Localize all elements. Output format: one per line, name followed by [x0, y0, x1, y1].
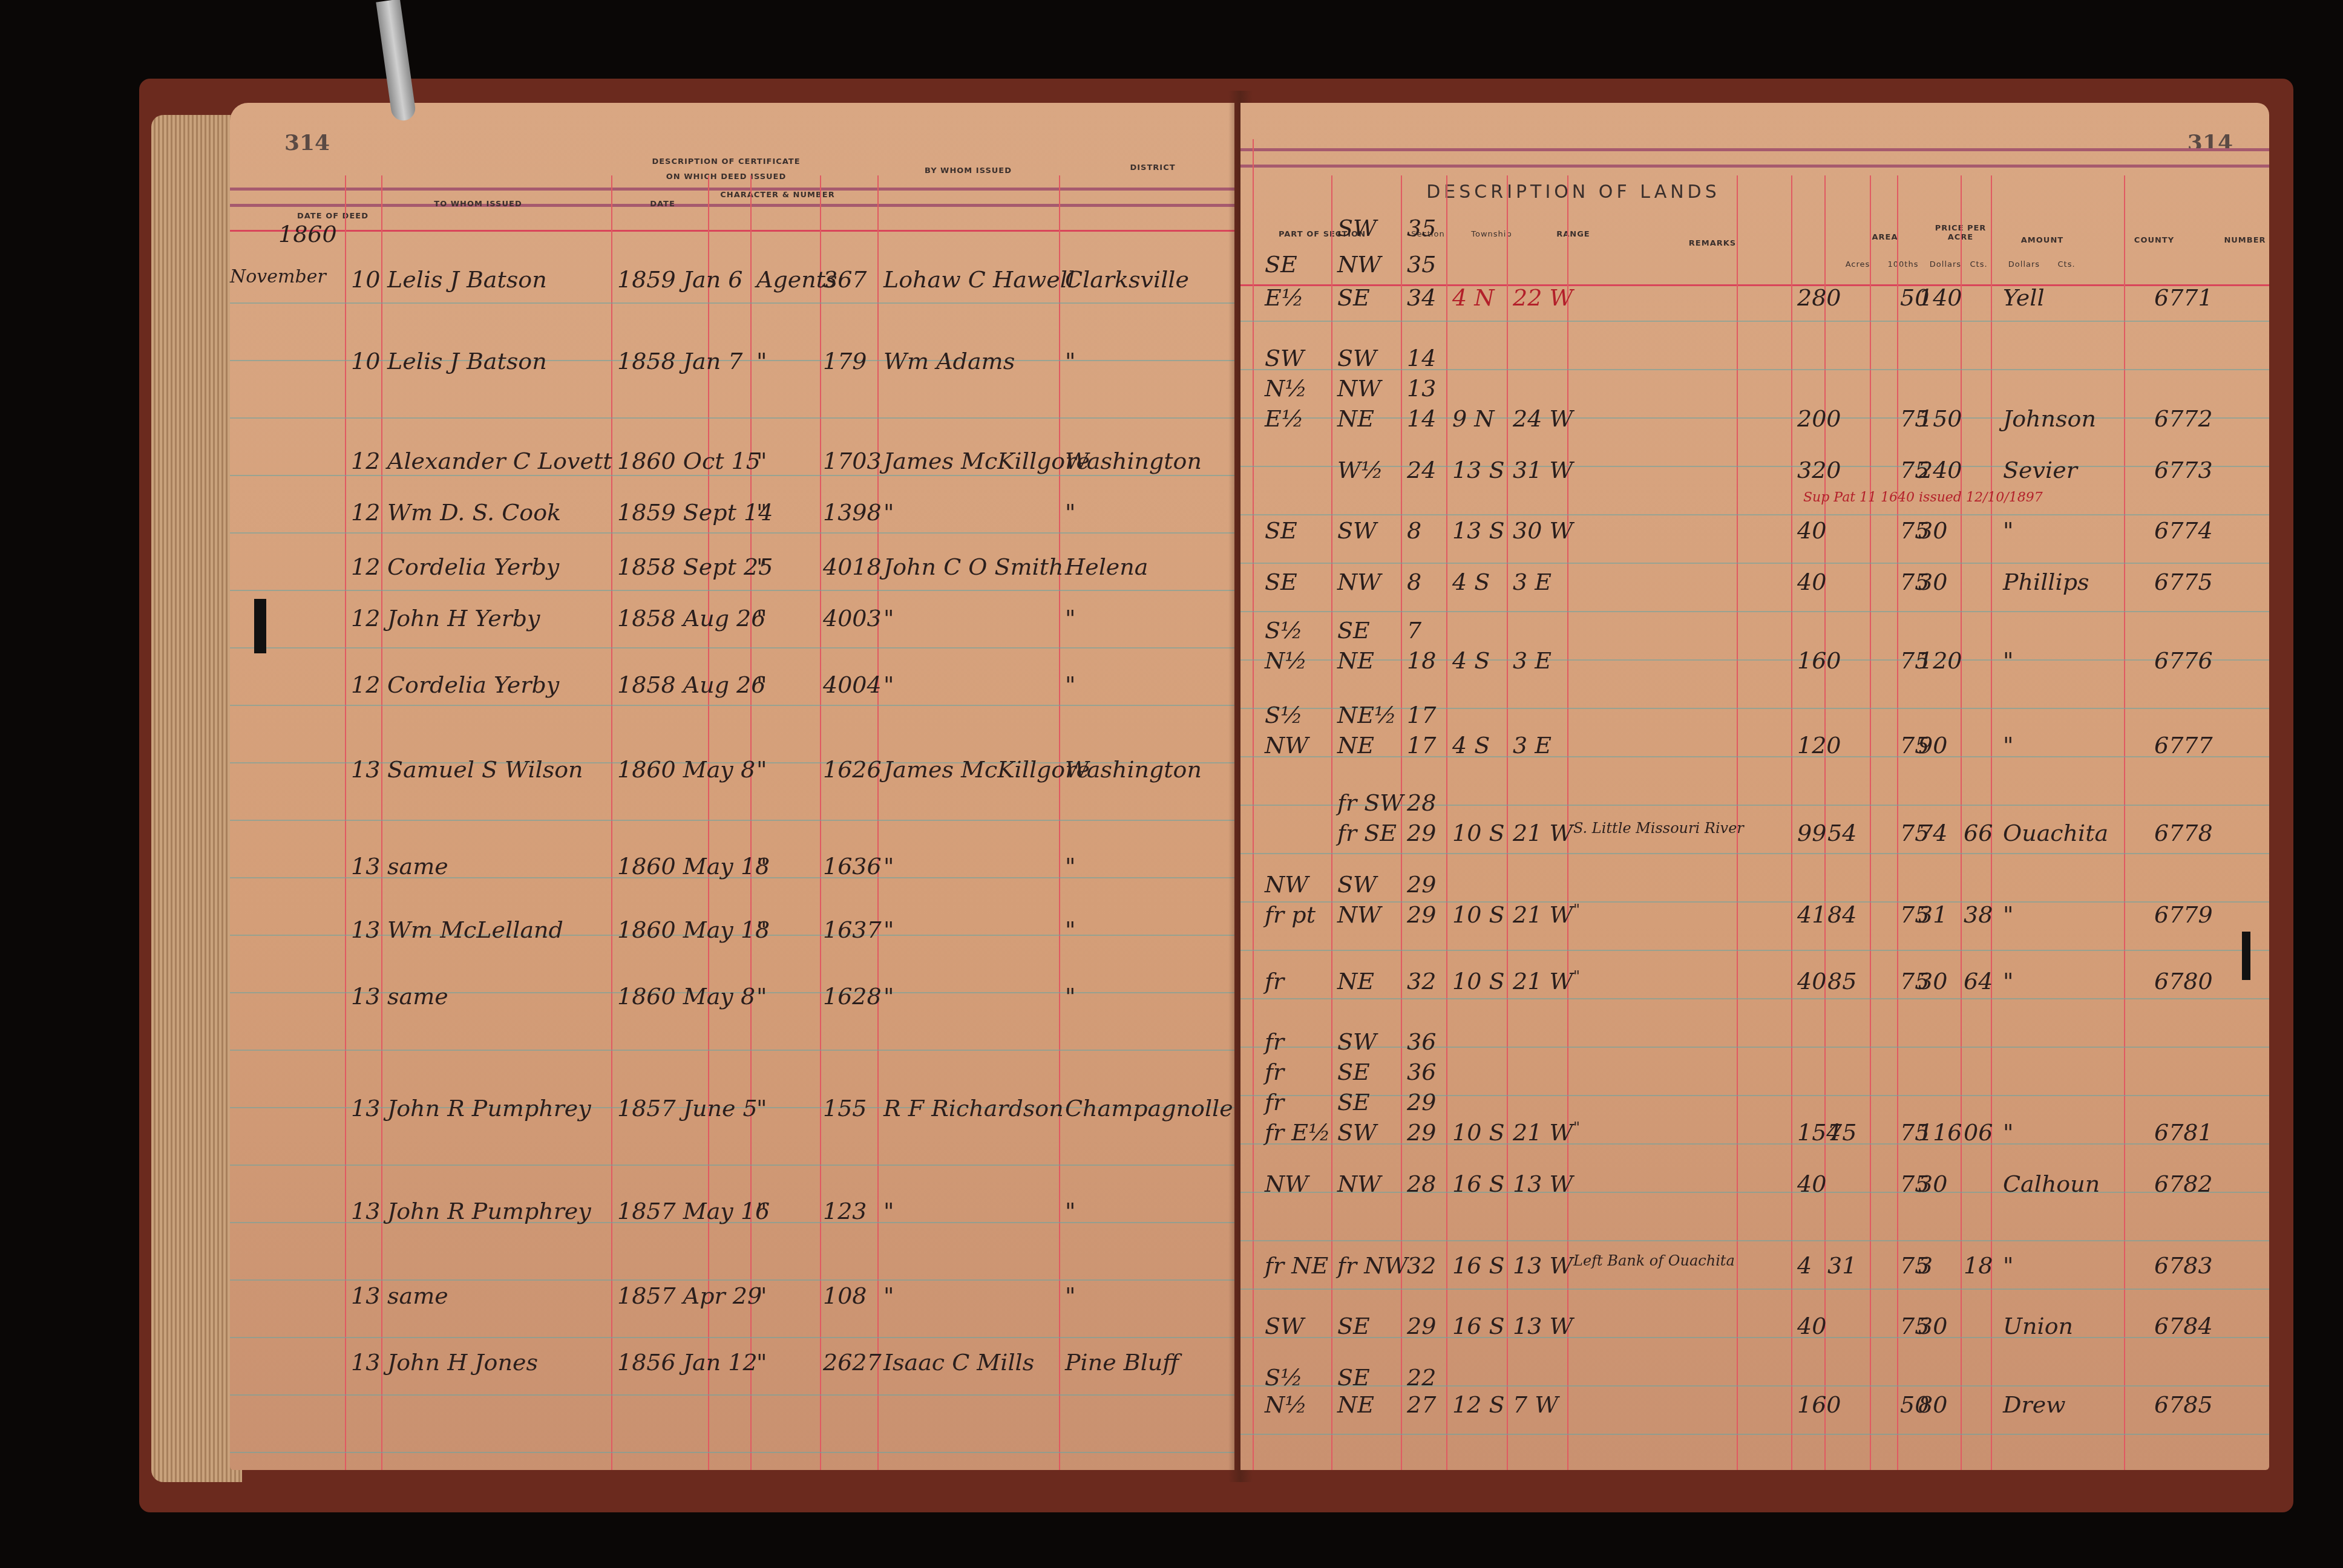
- ruled-line: [230, 647, 1234, 648]
- to-whom-issued: John R Pumphrey: [387, 1198, 591, 1224]
- section: 32: [1407, 968, 1436, 995]
- section: 14: [1407, 345, 1436, 371]
- amount-dollars: 30: [1918, 1313, 1947, 1339]
- district: ": [1065, 916, 1075, 943]
- hdr-description-of-certificate: DESCRIPTION OF CERTIFICATE: [611, 157, 841, 166]
- certificate-number: 4018: [823, 554, 882, 580]
- township: 16 S: [1452, 1171, 1504, 1197]
- subdivision: NE: [1337, 732, 1374, 759]
- issued-by: ": [883, 671, 894, 698]
- issued-by: ": [883, 853, 894, 880]
- ruled-line: [1240, 950, 2269, 951]
- ruled-line: [230, 1165, 1234, 1166]
- range: 13 W: [1513, 1313, 1573, 1339]
- to-whom-issued: John R Pumphrey: [387, 1095, 591, 1122]
- amount-dollars: 140: [1918, 284, 1962, 311]
- county: ": [2003, 901, 2013, 928]
- entry-number: 6773: [2154, 457, 2213, 483]
- section: 36: [1407, 1028, 1436, 1055]
- certificate-number: 1637: [823, 916, 882, 943]
- ruled-line: [230, 1279, 1234, 1281]
- hdr-amount: AMOUNT: [1997, 236, 2088, 245]
- header-rule: [1240, 284, 2269, 286]
- to-whom-issued: same: [387, 983, 448, 1010]
- part-of-section: SE: [1265, 517, 1297, 544]
- township: 10 S: [1452, 968, 1504, 995]
- certificate-number: 4003: [823, 605, 882, 632]
- ruled-line: [1240, 659, 2269, 661]
- certificate-number: 367: [823, 266, 867, 293]
- to-whom-issued: Alexander C Lovett: [387, 448, 612, 474]
- part-of-section: SW: [1265, 345, 1304, 371]
- to-whom-issued: Cordelia Yerby: [387, 671, 559, 698]
- issued-by: ": [883, 499, 894, 526]
- hdr-to-whom-issued: TO WHOM ISSUED: [387, 200, 569, 209]
- ruled-line: [230, 590, 1234, 591]
- area-hundredths: 54: [1827, 820, 1856, 846]
- right-page: 314 DESCRIPTION OF LANDS PART OF SECTION…: [1240, 103, 2269, 1470]
- township: 13 S: [1452, 517, 1504, 544]
- county: ": [2003, 1252, 2013, 1279]
- hdr-price-dollars: Dollars: [1927, 260, 1964, 269]
- amount-dollars: 30: [1918, 968, 1947, 995]
- district: Champagnolle: [1065, 1095, 1233, 1122]
- district: ": [1065, 348, 1075, 374]
- remarks: Left Bank of Ouachita: [1573, 1252, 1735, 1269]
- certificate-date: 1858 Aug 26: [617, 605, 765, 632]
- to-whom-issued: same: [387, 853, 448, 880]
- subdivision: SW: [1337, 1028, 1377, 1055]
- amount-dollars: 3: [1918, 1252, 1933, 1279]
- part-of-section: fr: [1265, 1028, 1284, 1055]
- part-of-section: fr NE: [1265, 1252, 1328, 1279]
- section: 34: [1407, 284, 1436, 311]
- certificate-character: ": [756, 1349, 767, 1376]
- certificate-date: 1856 Jan 12: [617, 1349, 758, 1376]
- certificate-number: 1626: [823, 756, 882, 783]
- ruled-line: [1240, 901, 2269, 903]
- ruled-line: [1240, 514, 2269, 515]
- certificate-number: 155: [823, 1095, 867, 1122]
- district: ": [1065, 671, 1075, 698]
- range: 7 W: [1513, 1391, 1558, 1418]
- ruled-line: [1240, 756, 2269, 757]
- township: 10 S: [1452, 901, 1504, 928]
- issued-by: ": [883, 1198, 894, 1224]
- district: ": [1065, 1198, 1075, 1224]
- header-band: [1240, 148, 2269, 168]
- range: 24 W: [1513, 405, 1573, 432]
- area-acres: 40: [1797, 1171, 1826, 1197]
- entry-number: 6781: [2154, 1119, 2213, 1146]
- certificate-character: ": [756, 916, 767, 943]
- subdivision: SW: [1337, 215, 1377, 241]
- part-of-section: N½: [1265, 647, 1307, 674]
- part-of-section: NW: [1265, 732, 1308, 759]
- section: 28: [1407, 789, 1436, 816]
- part-of-section: N½: [1265, 375, 1307, 402]
- issued-by: Isaac C Mills: [883, 1349, 1034, 1376]
- column-divider: [1059, 175, 1060, 1470]
- entry-number: 6782: [2154, 1171, 2213, 1197]
- part-of-section: NW: [1265, 871, 1308, 898]
- certificate-date: 1859 Sept 14: [617, 499, 773, 526]
- area-hundredths: 85: [1827, 968, 1856, 995]
- county: ": [2003, 1119, 2013, 1146]
- deed-day: 13: [351, 853, 380, 880]
- district: ": [1065, 499, 1075, 526]
- entry-number: 6771: [2154, 284, 2213, 311]
- county: Drew: [2003, 1391, 2066, 1418]
- subdivision: NW: [1337, 375, 1381, 402]
- entry-number: 6776: [2154, 647, 2213, 674]
- section: 29: [1407, 1119, 1436, 1146]
- area-acres: 40: [1797, 968, 1826, 995]
- district: ": [1065, 1282, 1075, 1309]
- subdivision: SW: [1337, 517, 1377, 544]
- district: ": [1065, 853, 1075, 880]
- amount-dollars: 116: [1918, 1119, 1962, 1146]
- column-divider: [877, 175, 879, 1470]
- ruled-line: [1240, 853, 2269, 854]
- area-acres: 160: [1797, 647, 1841, 674]
- ruled-line: [230, 475, 1234, 476]
- county: ": [2003, 968, 2013, 995]
- subdivision: SE: [1337, 1313, 1370, 1339]
- district: ": [1065, 983, 1075, 1010]
- certificate-character: ": [756, 853, 767, 880]
- ruled-line: [230, 1050, 1234, 1051]
- deed-day: 10: [351, 266, 380, 293]
- county: Calhoun: [2003, 1171, 2100, 1197]
- area-acres: 160: [1797, 1391, 1841, 1418]
- amount-dollars: 30: [1918, 1171, 1947, 1197]
- area-acres: 200: [1797, 405, 1841, 432]
- column-divider: [820, 175, 821, 1470]
- issued-by: ": [883, 983, 894, 1010]
- section: 13: [1407, 375, 1436, 402]
- amount-dollars: 74: [1918, 820, 1947, 846]
- section: 29: [1407, 901, 1436, 928]
- section: 17: [1407, 702, 1436, 728]
- deed-day: 12: [351, 605, 380, 632]
- hdr-character-number: CHARACTER & NUMBER: [714, 191, 841, 200]
- hdr-range: RANGE: [1531, 230, 1616, 239]
- hdr-amount-cts: Cts.: [2048, 260, 2085, 269]
- amount-dollars: 150: [1918, 405, 1962, 432]
- amount-cents: 06: [1964, 1119, 1993, 1146]
- section: 7: [1407, 617, 1421, 644]
- subdivision: NE½: [1337, 702, 1397, 728]
- subdivision: NW: [1337, 901, 1381, 928]
- issued-by: James McKillgore: [883, 756, 1090, 783]
- hdr-by-whom-issued: BY WHOM ISSUED: [877, 166, 1059, 175]
- certificate-date: 1857 May 16: [617, 1198, 770, 1224]
- certificate-date: 1860 May 8: [617, 983, 755, 1010]
- certificate-number: 123: [823, 1198, 867, 1224]
- deed-day: 12: [351, 554, 380, 580]
- ruled-line: [1240, 1143, 2269, 1145]
- amount-dollars: 31: [1918, 901, 1947, 928]
- county: Johnson: [2003, 405, 2096, 432]
- entry-number: 6777: [2154, 732, 2213, 759]
- to-whom-issued: same: [387, 1282, 448, 1309]
- county: Yell: [2003, 284, 2045, 311]
- part-of-section: fr: [1265, 968, 1284, 995]
- part-of-section: SE: [1265, 251, 1297, 278]
- certificate-date: 1859 Jan 6: [617, 266, 742, 293]
- hdr-hundredths: 100ths: [1882, 260, 1924, 269]
- issued-by: ": [883, 916, 894, 943]
- certificate-character: ": [756, 499, 767, 526]
- entry-number: 6785: [2154, 1391, 2213, 1418]
- area-acres: 320: [1797, 457, 1841, 483]
- section: 8: [1407, 569, 1421, 595]
- entry-number: 6774: [2154, 517, 2213, 544]
- district: ": [1065, 605, 1075, 632]
- certificate-number: 1398: [823, 499, 882, 526]
- county: Phillips: [2003, 569, 2089, 595]
- to-whom-issued: Lelis J Batson: [387, 266, 547, 293]
- to-whom-issued: John H Jones: [387, 1349, 538, 1376]
- deed-day: 13: [351, 1282, 380, 1309]
- area-acres: 41: [1797, 901, 1826, 928]
- township: 16 S: [1452, 1252, 1504, 1279]
- index-tab: [254, 599, 266, 653]
- range: 31 W: [1513, 457, 1573, 483]
- deed-day: 13: [351, 1198, 380, 1224]
- ruled-line: [1240, 417, 2269, 419]
- certificate-number: 1703: [823, 448, 882, 474]
- issued-by: R F Richardson: [883, 1095, 1064, 1122]
- hdr-description-of-lands: DESCRIPTION OF LANDS: [1362, 181, 1785, 203]
- part-of-section: N½: [1265, 1391, 1307, 1418]
- ruled-line: [1240, 1240, 2269, 1241]
- part-of-section: S½: [1265, 1364, 1303, 1391]
- ruled-line: [230, 705, 1234, 706]
- part-of-section: fr: [1265, 1059, 1284, 1085]
- amount-dollars: 120: [1918, 647, 1962, 674]
- township: 9 N: [1452, 405, 1495, 432]
- ruled-line: [1240, 998, 2269, 999]
- township: 13 S: [1452, 457, 1504, 483]
- issued-by: James McKillgore: [883, 448, 1090, 474]
- part-of-section: fr E½: [1265, 1119, 1331, 1146]
- certificate-character: ": [756, 756, 767, 783]
- header-rule: [230, 230, 1234, 232]
- issued-by: John C O Smith: [883, 554, 1064, 580]
- entry-number: 6778: [2154, 820, 2213, 846]
- deed-day: 12: [351, 671, 380, 698]
- subdivision: SE: [1337, 1089, 1370, 1116]
- ruled-line: [1240, 1047, 2269, 1048]
- certificate-date: 1858 Aug 26: [617, 671, 765, 698]
- township: 4 S: [1452, 732, 1490, 759]
- certificate-number: 179: [823, 348, 867, 374]
- certificate-character: ": [756, 448, 767, 474]
- hdr-township: Township: [1458, 230, 1525, 239]
- amount-dollars: 90: [1918, 732, 1947, 759]
- ruled-line: [1240, 466, 2269, 467]
- amount-dollars: 80: [1918, 1391, 1947, 1418]
- hdr-district: DISTRICT: [1077, 163, 1228, 172]
- township: 4 S: [1452, 647, 1490, 674]
- part-of-section: E½: [1265, 405, 1304, 432]
- section: 14: [1407, 405, 1436, 432]
- subdivision: SE: [1337, 617, 1370, 644]
- ruled-line: [1240, 1385, 2269, 1387]
- subdivision: fr NW: [1337, 1252, 1408, 1279]
- ruled-line: [1240, 563, 2269, 564]
- subdivision: NW: [1337, 569, 1381, 595]
- deed-day: 13: [351, 1349, 380, 1376]
- certificate-date: 1858 Jan 7: [617, 348, 742, 374]
- hdr-date-of-deed: DATE OF DEED: [284, 212, 381, 221]
- certificate-number: 4004: [823, 671, 882, 698]
- range: 13 W: [1513, 1252, 1573, 1279]
- column-divider: [381, 175, 382, 1470]
- remarks: S. Little Missouri River: [1573, 820, 1744, 837]
- certificate-number: 108: [823, 1282, 867, 1309]
- ruled-line: [230, 1337, 1234, 1338]
- area-acres: 280: [1797, 284, 1841, 311]
- county: ": [2003, 647, 2013, 674]
- part-of-section: SW: [1265, 1313, 1304, 1339]
- area-acres: 40: [1797, 1313, 1826, 1339]
- ruled-line: [1240, 1192, 2269, 1193]
- part-of-section: SE: [1265, 569, 1297, 595]
- certificate-character: ": [756, 1282, 767, 1309]
- range: 22 W: [1513, 284, 1573, 311]
- certificate-date: 1860 Oct 15: [617, 448, 761, 474]
- issued-by: Lohaw C Hawell: [883, 266, 1075, 293]
- hdr-county: COUNTY: [2094, 236, 2215, 245]
- part-of-section: S½: [1265, 702, 1303, 728]
- ruled-line: [1240, 611, 2269, 612]
- ruled-line: [230, 532, 1234, 534]
- range: 21 W: [1513, 968, 1573, 995]
- township: 12 S: [1452, 1391, 1504, 1418]
- subdivision: SW: [1337, 1119, 1377, 1146]
- range: 21 W: [1513, 820, 1573, 846]
- entry-number: 6779: [2154, 901, 2213, 928]
- subdivision: SW: [1337, 871, 1377, 898]
- ruled-line: [230, 1394, 1234, 1396]
- ruled-line: [230, 302, 1234, 304]
- deed-day: 13: [351, 916, 380, 943]
- area-acres: 4: [1797, 1252, 1812, 1279]
- amount-cents: 18: [1964, 1252, 1993, 1279]
- range: 3 E: [1513, 732, 1552, 759]
- district: Pine Bluff: [1065, 1349, 1179, 1376]
- subdivision: NE: [1337, 1391, 1374, 1418]
- area-hundredths: 75: [1827, 1119, 1856, 1146]
- range: 30 W: [1513, 517, 1573, 544]
- area-acres: 40: [1797, 517, 1826, 544]
- ruled-line: [1240, 369, 2269, 370]
- certificate-date: 1860 May 18: [617, 916, 770, 943]
- part-of-section: E½: [1265, 284, 1304, 311]
- section: 24: [1407, 457, 1436, 483]
- deed-day: 13: [351, 756, 380, 783]
- hdr-amount-dollars: Dollars: [2000, 260, 2048, 269]
- township: 4 N: [1452, 284, 1495, 311]
- district: Washington: [1065, 756, 1202, 783]
- remarks: ": [1573, 1119, 1580, 1136]
- subdivision: NE: [1337, 647, 1374, 674]
- to-whom-issued: Wm D. S. Cook: [387, 499, 561, 526]
- issued-by: ": [883, 1282, 894, 1309]
- certificate-character: ": [756, 605, 767, 632]
- county: Sevier: [2003, 457, 2077, 483]
- range: 13 W: [1513, 1171, 1573, 1197]
- entry-number: 6784: [2154, 1313, 2213, 1339]
- entry-number: 6780: [2154, 968, 2213, 995]
- hdr-number: NUMBER: [2209, 236, 2281, 245]
- county: Ouachita: [2003, 820, 2108, 846]
- issued-by: ": [883, 605, 894, 632]
- section: 28: [1407, 1171, 1436, 1197]
- ruled-line: [1240, 1337, 2269, 1338]
- section: 29: [1407, 820, 1436, 846]
- section: 36: [1407, 1059, 1436, 1085]
- ruled-line: [1240, 1095, 2269, 1096]
- ruled-line: [230, 417, 1234, 419]
- amount-dollars: 240: [1918, 457, 1962, 483]
- deed-day: 13: [351, 1095, 380, 1122]
- part-of-section: S½: [1265, 617, 1303, 644]
- certificate-number: 2627: [823, 1349, 882, 1376]
- issued-by: Wm Adams: [883, 348, 1015, 374]
- ruled-line: [1240, 1289, 2269, 1290]
- subdivision: NE: [1337, 405, 1374, 432]
- subdivision: fr SW: [1337, 789, 1403, 816]
- subdivision: SE: [1337, 1059, 1370, 1085]
- page-number: 314: [284, 130, 330, 155]
- to-whom-issued: Samuel S Wilson: [387, 756, 583, 783]
- county: ": [2003, 732, 2013, 759]
- township: 10 S: [1452, 1119, 1504, 1146]
- section: 29: [1407, 1313, 1436, 1339]
- range: 21 W: [1513, 901, 1573, 928]
- deed-day: 13: [351, 983, 380, 1010]
- ruled-line: [230, 820, 1234, 821]
- county: Union: [2003, 1313, 2073, 1339]
- to-whom-issued: Cordelia Yerby: [387, 554, 559, 580]
- subdivision: NE: [1337, 968, 1374, 995]
- area-acres: 40: [1797, 569, 1826, 595]
- area-acres: 99: [1797, 820, 1826, 846]
- certificate-character: ": [756, 554, 767, 580]
- entry-number: 6772: [2154, 405, 2213, 432]
- hdr-price-cts: Cts.: [1964, 260, 1994, 269]
- to-whom-issued: Wm McLelland: [387, 916, 563, 943]
- index-tab: [2242, 932, 2250, 980]
- section: 35: [1407, 251, 1436, 278]
- section: 22: [1407, 1364, 1436, 1391]
- range: 21 W: [1513, 1119, 1573, 1146]
- certificate-number: 1628: [823, 983, 882, 1010]
- certificate-date: 1860 May 8: [617, 756, 755, 783]
- district: Clarksville: [1065, 266, 1189, 293]
- subdivision: SW: [1337, 345, 1377, 371]
- amount-cents: 64: [1964, 968, 1993, 995]
- section: 18: [1407, 647, 1436, 674]
- subdivision: NW: [1337, 251, 1381, 278]
- hdr-date: DATE: [611, 200, 714, 209]
- subdivision: SE: [1337, 284, 1370, 311]
- certificate-number: 1636: [823, 853, 882, 880]
